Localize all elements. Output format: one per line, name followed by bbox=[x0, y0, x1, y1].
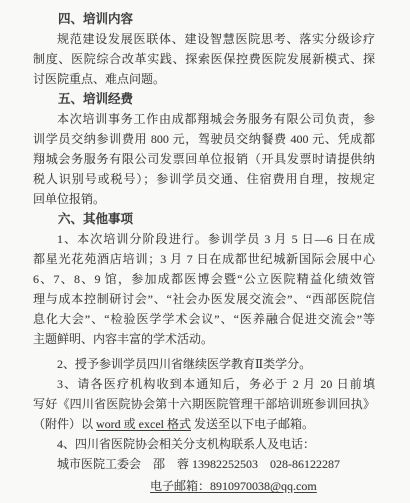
attachment-post-text: 发送至以下电子邮箱。 bbox=[191, 417, 314, 431]
doc-line: 规范建设发展医联体、建设智慧医院思考、落实分级诊疗 bbox=[33, 29, 375, 49]
doc-line-attachment-format: （附件）以 word 或 excel 格式 发送至以下电子邮箱。 bbox=[33, 414, 375, 434]
doc-line: 翔城会务服务有限公司发票回单位报销（开具发票时请提供纳 bbox=[33, 149, 375, 169]
doc-line: 主题鲜明、内容丰富的学术活动。 bbox=[33, 329, 375, 349]
document-page: 四、培训内容 规范建设发展医联体、建设智慧医院思考、落实分级诊疗 制度、医院综合… bbox=[0, 0, 410, 503]
doc-line: 息化大会”、“检验医学学术会议”、“医养融合促进交流会”等 bbox=[33, 309, 375, 329]
email-address-line: 电子邮箱：8910970038@qq.com bbox=[150, 476, 375, 496]
format-requirement-underline: word 或 excel 格式 bbox=[96, 417, 191, 431]
doc-line: 制度、医院综合改革实践、探索医保控费医院发展新模式、探 bbox=[33, 49, 375, 69]
doc-line: 1、本次培训分阶段进行。参训学员 3 月 5 日—6 日在成 bbox=[33, 229, 375, 249]
doc-line: 本次培训事务工作由成都翔城会务服务有限公司负责，参 bbox=[33, 109, 375, 129]
doc-line: 写好《四川省医院协会第十六期医院管理干部培训班参训回执》 bbox=[33, 394, 375, 414]
doc-line: 4、四川省医院协会相关分支机构联系人及电话： bbox=[33, 434, 375, 454]
doc-line: 3、请各医疗机构收到本通知后，务必于 2 月 20 日前填 bbox=[33, 374, 375, 394]
doc-line: 训学员交纳参训费用 800 元，驾驶员交纳餐费 400 元、凭成都 bbox=[33, 129, 375, 149]
attachment-pre-text: （附件）以 bbox=[33, 417, 96, 431]
doc-line: 都星光花苑酒店培训；3 月 7 日在成都世纪城新国际会展中心 bbox=[33, 249, 375, 269]
doc-line: 税人识别号或税号）；参训学员交通、住宿费用自理，按规定 bbox=[33, 169, 375, 189]
doc-line: 2、授予参训学员四川省继续医学教育Ⅱ类学分。 bbox=[33, 354, 375, 374]
doc-line: 理与成本控制研讨会”、“社会办医发展交流会”、“西部医院信 bbox=[33, 289, 375, 309]
section-heading-training-content: 四、培训内容 bbox=[33, 9, 375, 29]
section-heading-other-matters: 六、其他事项 bbox=[33, 209, 375, 229]
contact-line: 城市医院工委会 邵 蓉 13982252503 028-86122287 bbox=[33, 454, 375, 474]
doc-line: 6、7、8、9 馆，参加成都医博会暨“公立医院精益化绩效管 bbox=[33, 269, 375, 289]
doc-line: 回单位报销。 bbox=[33, 189, 375, 209]
doc-line: 讨医院重点、难点问题。 bbox=[33, 69, 375, 89]
section-heading-training-fee: 五、培训经费 bbox=[33, 89, 375, 109]
